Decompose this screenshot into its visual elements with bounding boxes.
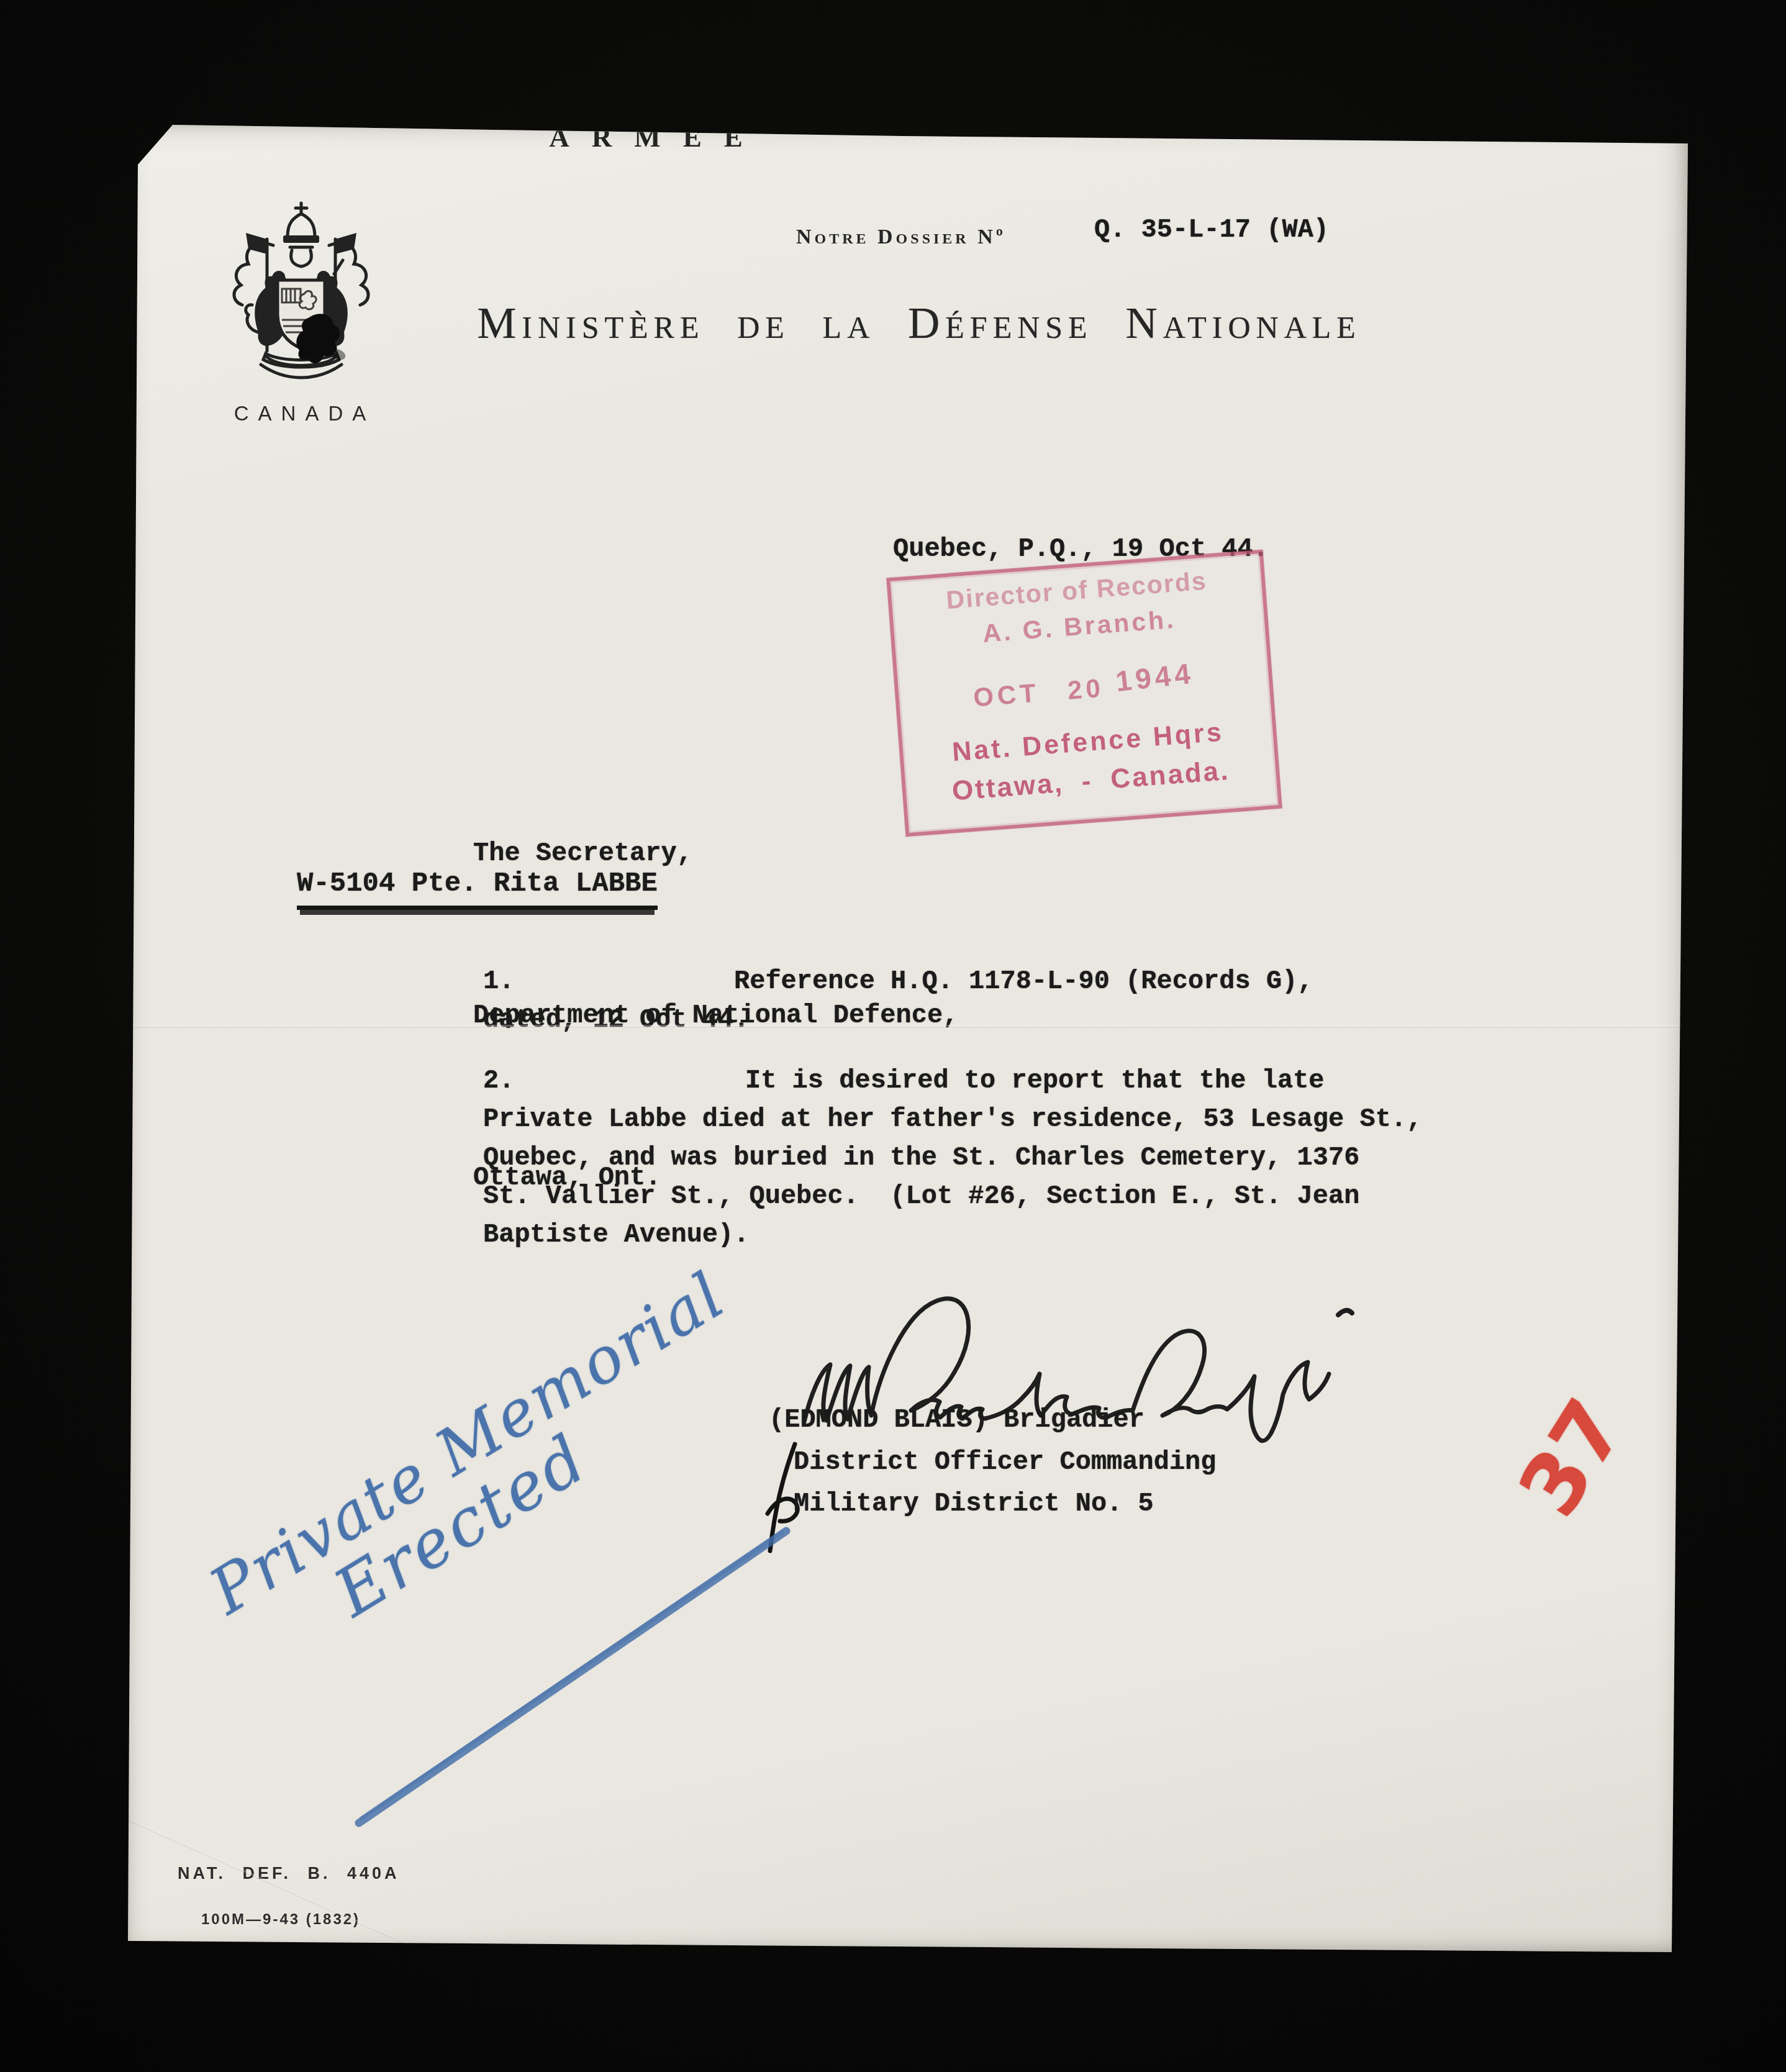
form-number-line: NAT. DEF. B. 440A [178, 1864, 400, 1883]
signatory-name: (EDMOND BLAIS) Brigadier [769, 1404, 1145, 1435]
paragraph-1-number: 1. [483, 966, 514, 997]
letter-page: CANADA Notre Dossier Nº Q. 35-L-17 (WA) … [124, 121, 1689, 1953]
stamp-date-year: 1944 [1114, 657, 1196, 699]
paragraph-2-line: Private Labbe died at her father's resid… [483, 1104, 1422, 1135]
paragraph-2-first-line: It is desired to report that the late [745, 1065, 1325, 1096]
signatory-title-2: Military District No. 5 [794, 1488, 1154, 1519]
red-pencil-number: 37 [1500, 1383, 1644, 1533]
paragraph-2-line: St. Vallier St., Quebec. (Lot #26, Secti… [483, 1181, 1359, 1212]
subject-line: W-5104 Pte. Rita LABBE [297, 868, 658, 910]
paragraph-2-line: Quebec, and was buried in the St. Charle… [483, 1142, 1359, 1173]
ministry-title: Ministère de la Défense Nationale [397, 299, 1441, 349]
paragraph-1-first-line: Reference H.Q. 1178-L-90 (Records G), [734, 966, 1313, 997]
blue-underline-stroke [355, 1526, 790, 1827]
paragraph-2-line: Baptiste Avenue). [483, 1219, 749, 1250]
file-ref-label: Notre Dossier Nº [796, 225, 1006, 249]
form-number-block: NAT. DEF. B. 440A 100M—9-43 (1832) H.Q. … [178, 1842, 400, 1996]
crest-caption: CANADA [204, 402, 396, 425]
file-ref-value: Q. 35-L-17 (WA) [1094, 214, 1329, 245]
canada-coat-of-arms-icon [199, 201, 404, 406]
paper-crease [124, 1025, 1689, 1028]
stamp-date: OCT 201944 [898, 658, 1269, 719]
branch-title: ARMÉE [124, 121, 1167, 153]
scan-background: { "doc": { "file_ref_label": "Notre Doss… [0, 0, 1786, 2072]
signatory-title-1: District Officer Commanding [794, 1447, 1217, 1478]
stamp-date-month-day: OCT 20 [972, 673, 1105, 712]
form-number-line: H.Q. 1772-39-767 [201, 1956, 400, 1974]
paragraph-2-number: 2. [483, 1065, 514, 1096]
paragraph-1-line: dated, 12 Oct 44. [483, 1004, 749, 1035]
